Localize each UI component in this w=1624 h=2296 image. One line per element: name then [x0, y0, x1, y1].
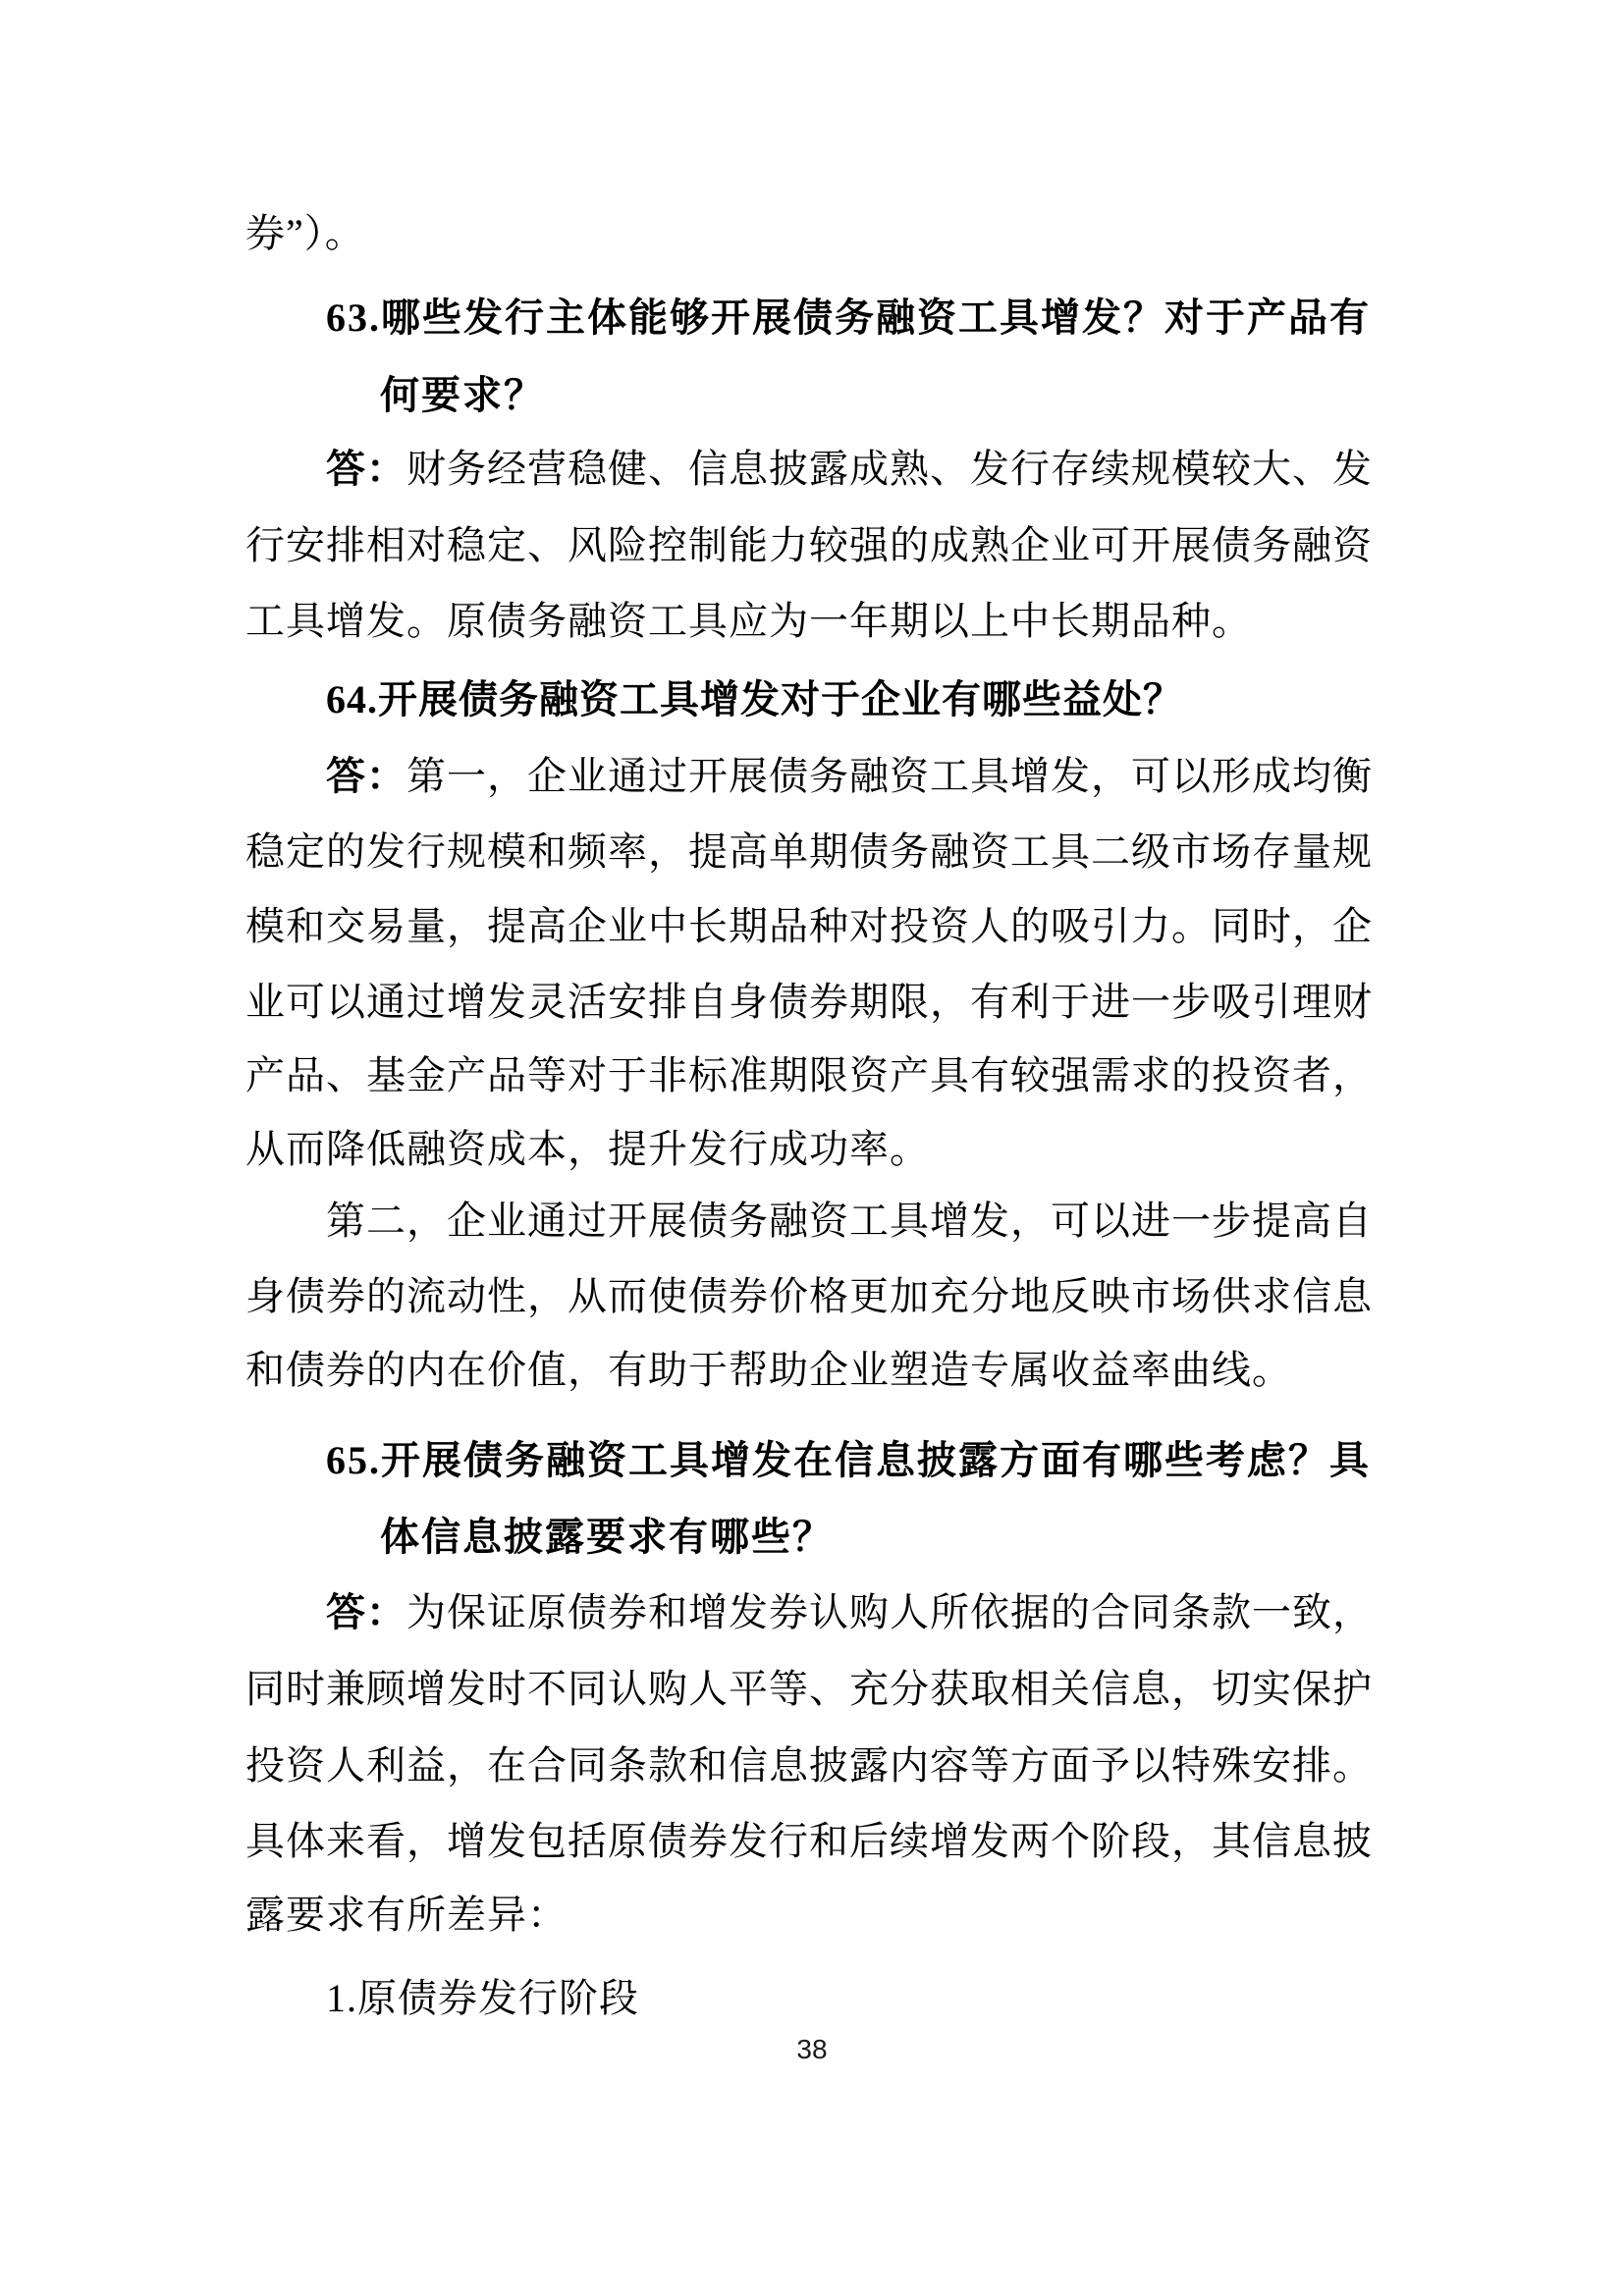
- answer-63-line2: 行安排相对稳定、风险控制能力较强的成熟企业可开展债务融资: [245, 522, 1384, 569]
- question-65-heading-line2: 体信息披露要求有哪些？: [380, 1514, 1381, 1561]
- page-number: 38: [0, 2033, 1624, 2066]
- answer-63-prefix: 答：: [326, 447, 406, 491]
- answer-64-para2-line3: 和债券的内在价值，有助于帮助企业塑造专属收益率曲线。: [245, 1347, 1384, 1394]
- answer-64-para2-line1: 第二，企业通过开展债务融资工具增发，可以进一步提高自: [245, 1198, 1384, 1245]
- question-64-heading: 64.开展债务融资工具增发对于企业有哪些益处？: [326, 676, 1384, 723]
- answer-65-line4: 具体来看，增发包括原债券发行和后续增发两个阶段，其信息披: [245, 1818, 1384, 1865]
- continued-paragraph-fragment: 券”）。: [245, 210, 1384, 257]
- answer-63-line3: 工具增发。原债务融资工具应为一年期以上中长期品种。: [245, 598, 1384, 645]
- answer-63-line1-text: 财务经营稳健、信息披露成熟、发行存续规模较大、发: [406, 447, 1373, 491]
- question-63-heading-line2: 何要求？: [380, 372, 1381, 419]
- answer-64-para1-line1: 答：第一，企业通过开展债务融资工具增发，可以形成均衡: [245, 753, 1384, 800]
- answer-65-line1: 答：为保证原债券和增发券认购人所依据的合同条款一致，: [245, 1589, 1384, 1636]
- answer-64-prefix: 答：: [326, 754, 406, 798]
- answer-65-line2: 同时兼顾增发时不同认购人平等、充分获取相关信息，切实保护: [245, 1666, 1384, 1713]
- answer-65-line5: 露要求有所差异：: [245, 1892, 1384, 1939]
- question-63-heading-line1: 63.哪些发行主体能够开展债务融资工具增发？对于产品有: [245, 294, 1384, 342]
- answer-64-para1-line2: 稳定的发行规模和频率，提高单期债务融资工具二级市场存量规: [245, 828, 1384, 876]
- answer-64-para1-line5: 产品、基金产品等对于非标准期限资产具有较强需求的投资者，: [245, 1052, 1384, 1099]
- answer-65-line3: 投资人利益，在合同条款和信息披露内容等方面予以特殊安排。: [245, 1742, 1384, 1789]
- answer-64-para1-line4: 业可以通过增发灵活安排自身债券期限，有利于进一步吸引理财: [245, 979, 1384, 1026]
- answer-64-para1-line1-text: 第一，企业通过开展债务融资工具增发，可以形成均衡: [406, 754, 1373, 798]
- answer-65-line1-text: 为保证原债券和增发券认购人所依据的合同条款一致，: [406, 1590, 1373, 1634]
- answer-65-list-item-1: 1.原债券发行阶段: [326, 1975, 1384, 2022]
- question-65-heading-line1: 65.开展债务融资工具增发在信息披露方面有哪些考虑？具: [245, 1437, 1384, 1484]
- answer-64-para2-line2: 身债券的流动性，从而使债券价格更加充分地反映市场供求信息: [245, 1273, 1384, 1320]
- answer-64-para1-line6: 从而降低融资成本，提升发行成功率。: [245, 1126, 1384, 1173]
- document-page: 券”）。 63.哪些发行主体能够开展债务融资工具增发？对于产品有 何要求？ 答：…: [0, 0, 1624, 2296]
- answer-64-para1-line3: 模和交易量，提高企业中长期品种对投资人的吸引力。同时，企: [245, 903, 1384, 950]
- answer-63-line1: 答：财务经营稳健、信息披露成熟、发行存续规模较大、发: [245, 446, 1384, 493]
- answer-65-prefix: 答：: [326, 1590, 406, 1634]
